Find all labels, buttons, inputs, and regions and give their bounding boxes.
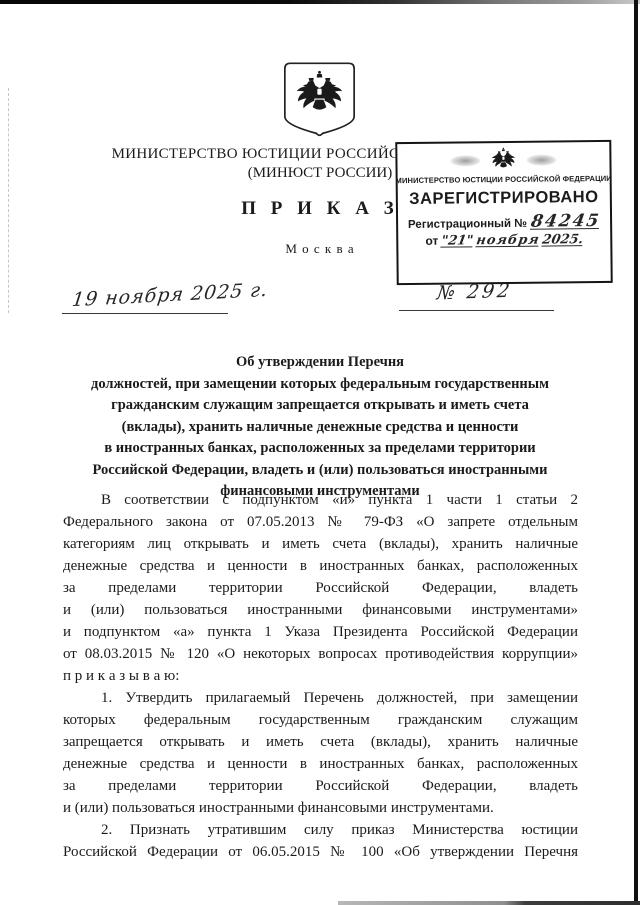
body-line: за пределами территории Российской Федер… [63, 775, 578, 797]
order-subject-title: Об утверждении Перечня должностей, при з… [40, 352, 600, 503]
stamp-date-year: 2025. [541, 234, 584, 246]
stamp-date-prefix: от [425, 234, 438, 248]
body-line: Российской Федерации от 06.05.2015 № 100… [63, 841, 578, 863]
stamp-header [450, 144, 556, 175]
body-line: 2. Признать утратившим силу приказ Минис… [63, 819, 578, 841]
stamp-date-day: "21" [440, 235, 474, 247]
title-line: должностей, при замещении которых федера… [40, 374, 600, 396]
scanned-document-page: МИНИСТЕРСТВО ЮСТИЦИИ РОССИЙСКОЙ ФЕДЕРАЦИ… [0, 0, 640, 905]
registration-stamp: МИНИСТЕРСТВО ЮСТИЦИИ РОССИЙСКОЙ ФЕДЕРАЦИ… [395, 140, 612, 285]
date-underline [62, 313, 228, 314]
ink-smudge [450, 155, 480, 166]
number-underline [399, 310, 554, 311]
scan-artifact-right-edge [634, 0, 638, 905]
stamp-date-month: ноября [475, 235, 540, 248]
body-line: п р и к а з ы в а ю: [63, 665, 578, 687]
body-line: и подпунктом «а» пункта 1 Указа Президен… [63, 621, 578, 643]
registration-number-value: 84245 [530, 214, 602, 230]
body-line: которых федеральным государственным граж… [63, 709, 578, 731]
stamp-ministry-name: МИНИСТЕРСТВО ЮСТИЦИИ РОССИЙСКОЙ ФЕДЕРАЦИ… [395, 174, 611, 185]
order-body-text: В соответствии с подпунктом «и» пункта 1… [63, 489, 578, 863]
body-line: за пределами территории Российской Федер… [63, 577, 578, 599]
body-line: Федерального закона от 07.05.2013 № 79-Ф… [63, 511, 578, 533]
stamp-registration-number-row: Регистрационный № 84245 [408, 214, 600, 231]
scan-artifact-top-bar [0, 0, 640, 4]
body-line: от 08.03.2015 № 120 «О некоторых вопроса… [63, 643, 578, 665]
body-line: категориям лиц открывать и иметь счета (… [63, 533, 578, 555]
title-line: (вклады), хранить наличные денежные сред… [40, 417, 600, 439]
title-line: Об утверждении Перечня [40, 352, 600, 374]
scan-artifact-bottom-bar [338, 901, 640, 905]
registration-number-label: Регистрационный № [408, 218, 527, 231]
body-line: и (или) пользоваться иностранными финанс… [63, 797, 578, 819]
body-line: запрещается открывать и иметь счета (вкл… [63, 731, 578, 753]
ink-smudge [526, 154, 556, 165]
title-line: гражданским служащим запрещается открыва… [40, 395, 600, 417]
body-line: и (или) пользоваться иностранными финанс… [63, 599, 578, 621]
stamp-registered-label: ЗАРЕГИСТРИРОВАНО [409, 188, 599, 209]
title-line: в иностранных банках, расположенных за п… [40, 438, 600, 460]
stamp-eagle-icon [488, 147, 518, 173]
handwritten-order-date: 19 ноября 2025 г. [71, 279, 270, 311]
body-line: денежные средства и ценности в иностранн… [63, 753, 578, 775]
body-line: В соответствии с подпунктом «и» пункта 1… [63, 489, 578, 511]
body-line: 1. Утвердить прилагаемый Перечень должно… [63, 687, 578, 709]
russia-coat-of-arms-icon [281, 61, 358, 138]
title-line: Российской Федерации, владеть и (или) по… [40, 460, 600, 482]
body-line: денежные средства и ценности в иностранн… [63, 555, 578, 577]
stamp-date-row: от "21" ноября 2025. [425, 232, 583, 248]
